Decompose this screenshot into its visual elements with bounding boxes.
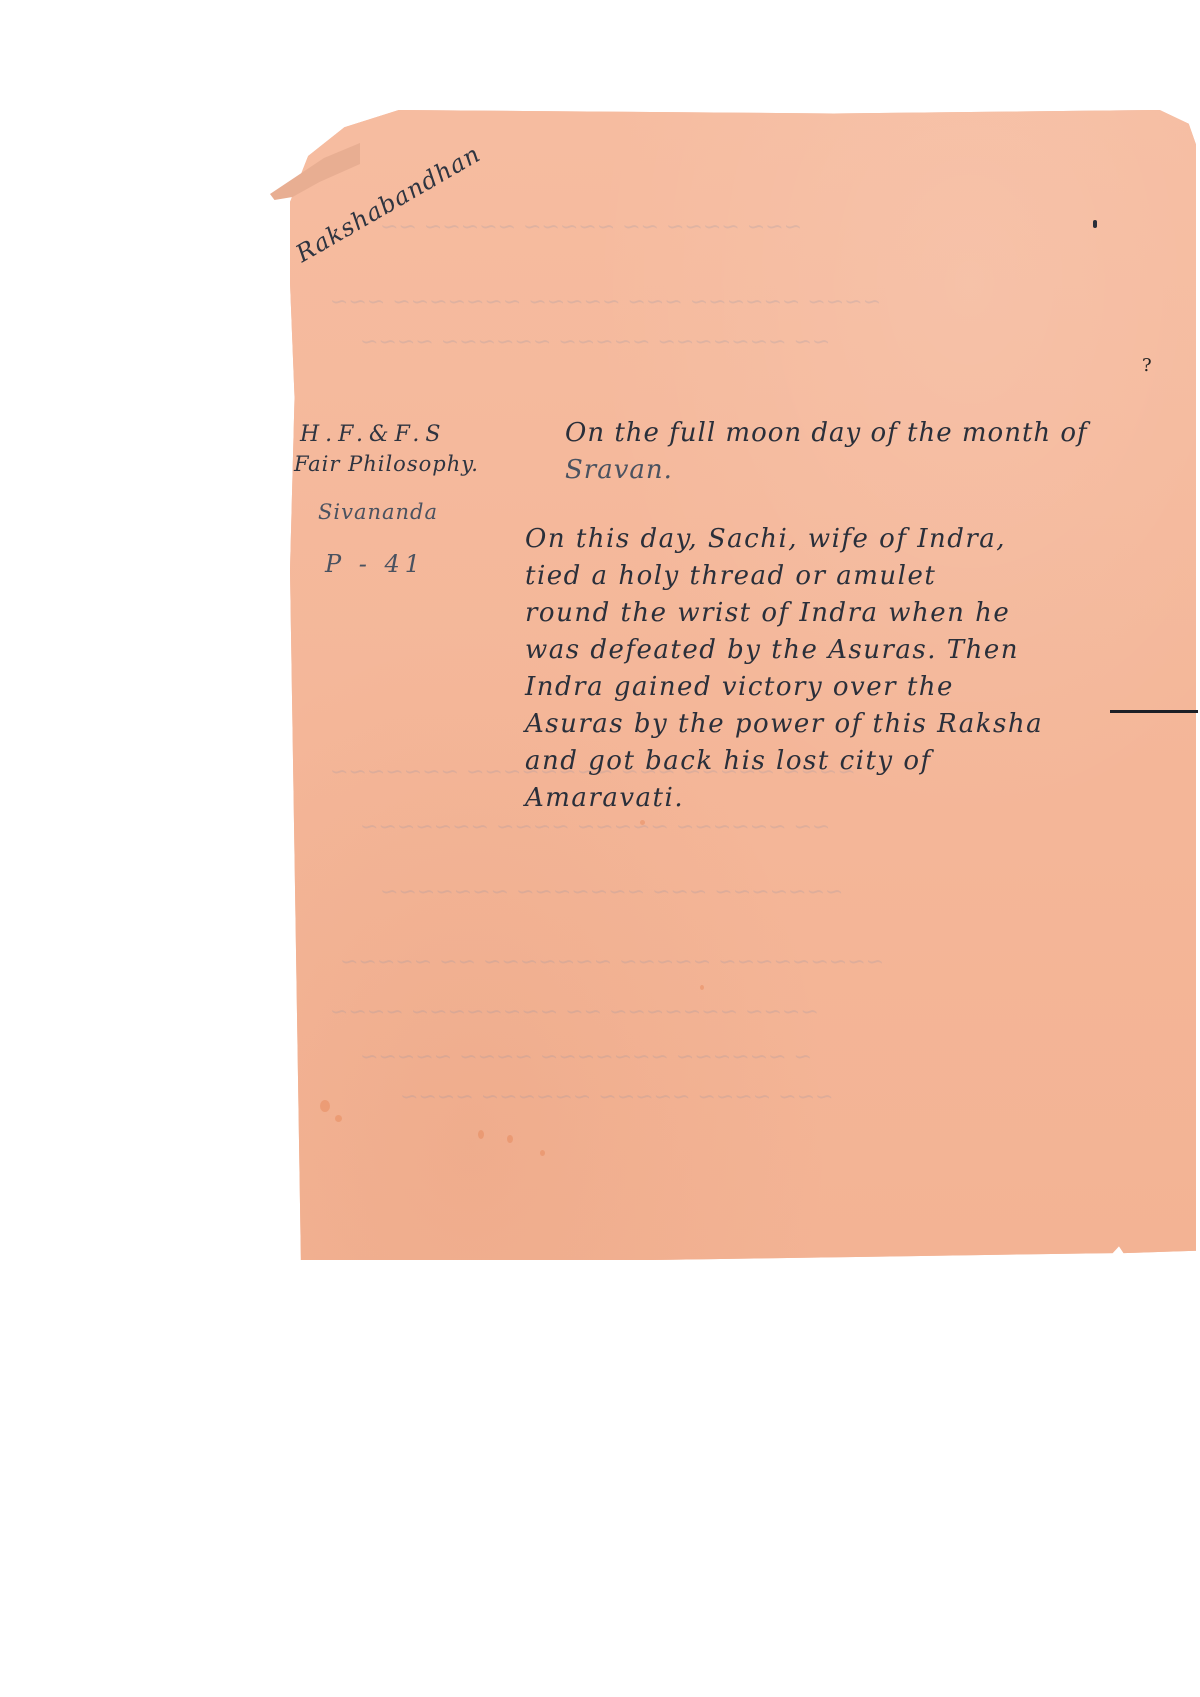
stain-mark: [507, 1135, 513, 1143]
bleed-through-text: ~~ ~~~~~~~ ~~~~~ ~~~~~~ ~~~~: [360, 330, 830, 355]
heading-line-1: On the full moon day of the month of: [565, 418, 1088, 448]
stain-mark: [540, 1150, 545, 1156]
body-line: On this day, Sachi, wife of Indra,: [525, 524, 1185, 561]
bleed-through-text: ~~~~ ~~~~~~~ ~~ ~~~~~~~~ ~~~~: [330, 1000, 819, 1025]
margin-note-author: Sivananda: [318, 500, 438, 524]
stain-mark: [478, 1130, 484, 1139]
margin-note-code: H.F.&F.S: [300, 422, 447, 447]
body-line: round the wrist of Indra when he: [525, 598, 1185, 635]
body-line: Amaravati.: [525, 783, 1185, 820]
stain-mark: [320, 1100, 330, 1112]
bleed-through-text: ~~~~ ~~~~~~ ~~~ ~~~~~ ~~~~~~~ ~~~: [330, 290, 881, 315]
stain-mark: [335, 1115, 342, 1122]
bleed-through-text: ~~~~~~~ ~~~ ~~~~~~~ ~~~~~~~: [380, 880, 843, 905]
bleed-through-text: ~~~~~~~~~ ~~~~~ ~~~~~~~ ~~ ~~~~~: [340, 950, 884, 975]
margin-note-page: P - 41: [325, 550, 425, 578]
ink-strike-mark: [1110, 710, 1198, 713]
margin-note-subject: Fair Philosophy.: [294, 452, 479, 476]
bleed-through-text: ~~~ ~~~~ ~~~~~ ~~~~~~ ~~~~: [400, 1085, 834, 1110]
body-line: and got back his lost city of: [525, 746, 1185, 783]
bleed-through-text: ~ ~~~~~~ ~~~~~~~ ~~~~ ~~~~~: [360, 1045, 812, 1070]
heading-line-2: Sravan.: [565, 455, 673, 485]
body-paragraph: On this day, Sachi, wife of Indra, tied …: [525, 524, 1185, 820]
body-line: Asuras by the power of this Raksha: [525, 709, 1185, 746]
body-line: tied a holy thread or amulet: [525, 561, 1185, 598]
body-line: was defeated by the Asuras. Then: [525, 635, 1185, 672]
bleed-through-text: ~~~ ~~~~ ~~ ~~~~~ ~~~~~ ~~: [380, 215, 802, 240]
stain-mark: [640, 820, 645, 825]
ink-blot: [1093, 220, 1097, 228]
stain-mark: [700, 985, 704, 990]
corner-question-mark: ?: [1142, 355, 1153, 376]
body-line: Indra gained victory over the: [525, 672, 1185, 709]
